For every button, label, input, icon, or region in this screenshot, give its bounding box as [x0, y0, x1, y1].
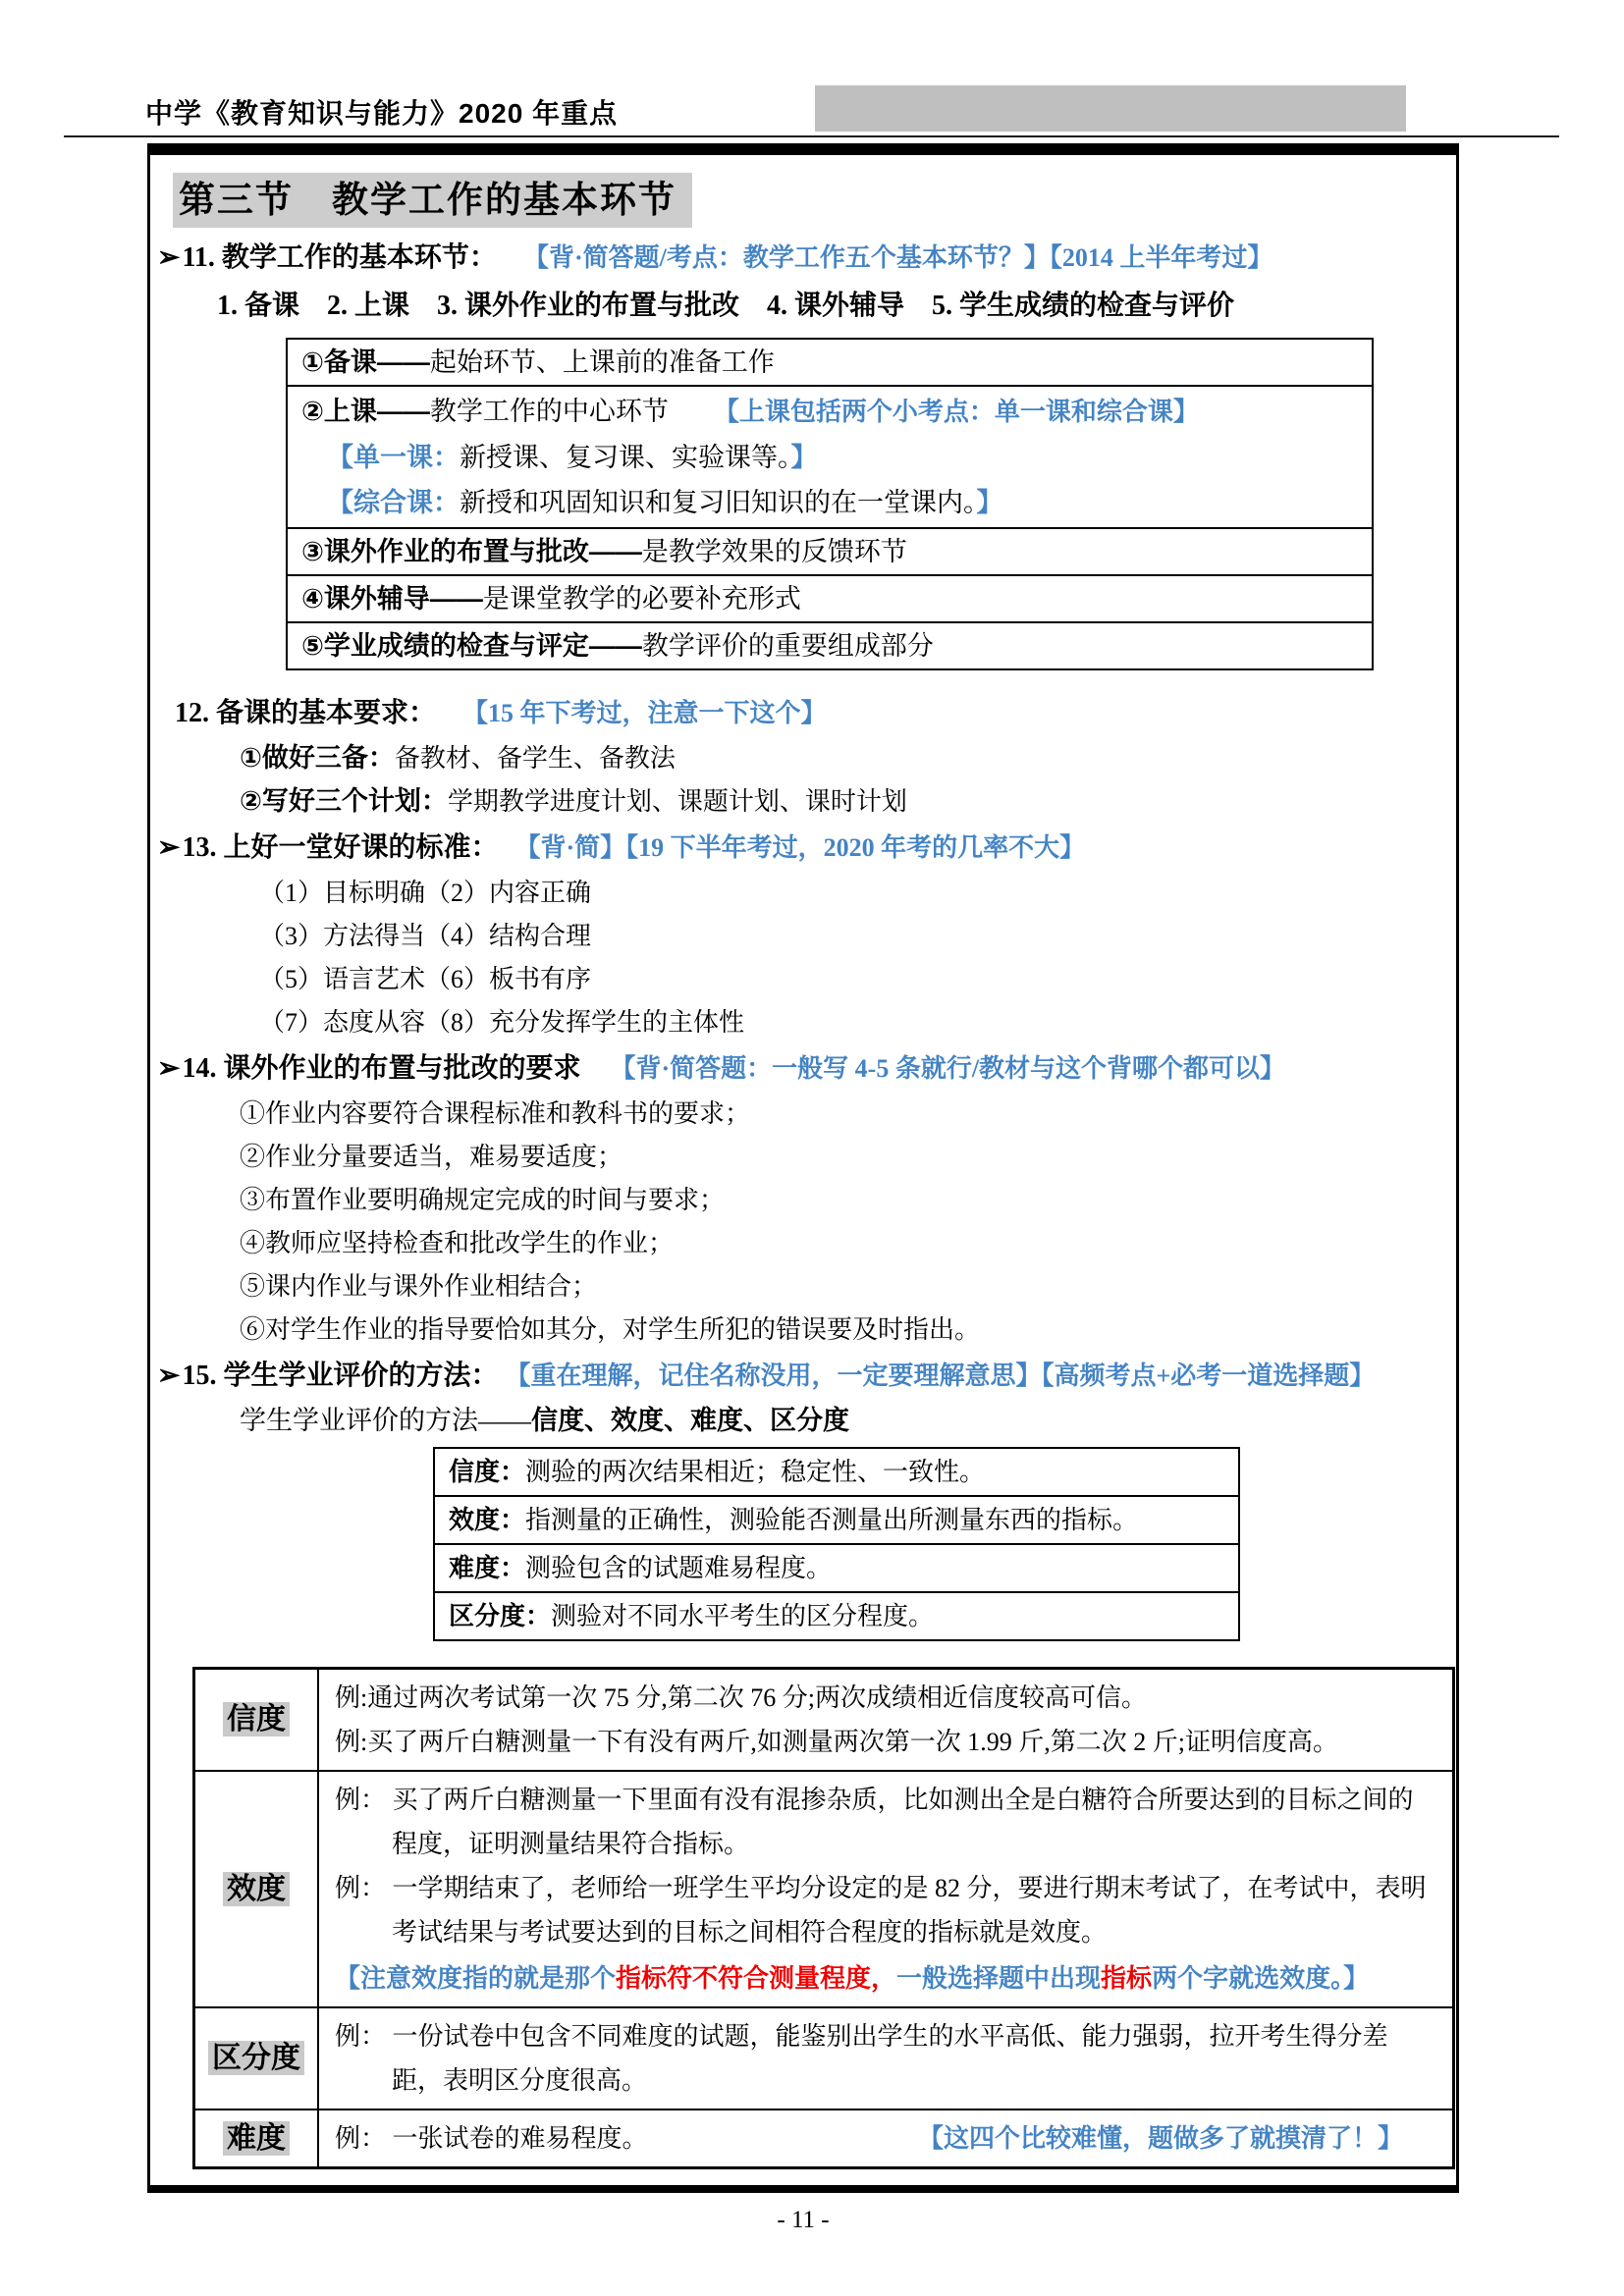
- table-row: 信度 例:通过两次考试第一次 75 分,第二次 76 分;两次成绩相近信度较高可…: [194, 1669, 1454, 1772]
- example-line: 例:通过两次考试第一次 75 分,第二次 76 分;两次成绩相近信度较高可信。: [335, 1676, 1433, 1720]
- line-term: ①做好三备：: [240, 743, 395, 773]
- step-line: ②上课——教学工作的中心环节【上课包括两个小考点：单一课和综合课】: [301, 395, 1362, 429]
- def-text: 测验的两次结果相近；稳定性、一致性。: [525, 1458, 985, 1486]
- step-desc: 是教学效果的反馈环节: [642, 537, 907, 566]
- item-12-heading: 12. 备课的基本要求：【15 年下考过，注意一下这个】: [175, 696, 1456, 731]
- bracket-label: 【综合课：: [327, 488, 460, 517]
- table-row: 区分度：测验对不同水平考生的区分程度。: [434, 1592, 1239, 1640]
- table-row: ③课外作业的布置与批改——是教学效果的反馈环节: [287, 528, 1373, 575]
- note-blue: 一般选择题中出现: [896, 1964, 1101, 1993]
- item-14-line: ⑤课内作业与课外作业相结合；: [240, 1270, 1456, 1303]
- note-red: 指标符不符合测量程度，: [616, 1964, 896, 1993]
- step-desc: 起始环节、上课前的准备工作: [430, 347, 775, 377]
- table-row: 效度：指测量的正确性，测验能否测量出所测量东西的指标。: [434, 1496, 1239, 1544]
- step-desc: 教学评价的重要组成部分: [642, 631, 934, 661]
- line-text: 学期教学进度计划、课题计划、课时计划: [448, 787, 907, 816]
- def-text: 测验包含的试题难易程度。: [525, 1554, 832, 1582]
- item-14-line: ②作业分量要适当，难易要适度；: [240, 1141, 1456, 1173]
- page-number: - 11 -: [147, 2207, 1459, 2234]
- note-red: 指标: [1101, 1964, 1152, 1993]
- item-15-heading-text: 15. 学生学业评价的方法：: [182, 1361, 498, 1391]
- example-line: 例： 一张试卷的难易程度。: [335, 2116, 648, 2161]
- row-label: 区分度: [208, 2041, 304, 2075]
- subline-terms: 信度、效度、难度、区分度: [531, 1406, 849, 1435]
- bracket-close: 】: [791, 443, 818, 472]
- header-gray-block: [815, 85, 1406, 132]
- arrow-bullet: ➢: [157, 1053, 180, 1084]
- bracket-text: 新授和巩固知识和复习旧知识的在一堂课内。: [460, 488, 977, 517]
- arrow-bullet: ➢: [157, 832, 180, 863]
- header-rule: [64, 135, 1559, 137]
- def-text: 测验对不同水平考生的区分程度。: [551, 1602, 934, 1630]
- item-14-line: ①作业内容要符合课程标准和教科书的要求；: [240, 1097, 1456, 1130]
- item-12-exam-note: 【15 年下考过，注意一下这个】: [475, 699, 827, 727]
- document-page: 中学《教育知识与能力》2020 年重点 第三节 教学工作的基本环节 ➢11. 教…: [0, 0, 1624, 2296]
- table-row: ①备课——起始环节、上课前的准备工作: [287, 339, 1373, 386]
- section-title: 第三节 教学工作的基本环节: [173, 173, 692, 228]
- examples-table: 信度 例:通过两次考试第一次 75 分,第二次 76 分;两次成绩相近信度较高可…: [192, 1667, 1455, 2169]
- row-label: 难度: [223, 2121, 290, 2156]
- step-desc: 教学工作的中心环节: [430, 397, 669, 426]
- item-13-exam-note: 【背·简】【19 下半年考过，2020 年考的几率不大】: [527, 833, 1085, 862]
- item-14-heading-text: 14. 课外作业的布置与批改的要求: [182, 1053, 580, 1084]
- item-13-line: （1）目标明确（2）内容正确: [259, 877, 1456, 909]
- item-14-heading: ➢14. 课外作业的布置与批改的要求【背·简答题：一般写 4-5 条就行/教材与…: [157, 1051, 1456, 1087]
- step-desc: 是课堂教学的必要补充形式: [483, 584, 801, 614]
- content-box: 第三节 教学工作的基本环节 ➢11. 教学工作的基本环节：【背·简答题/考点：教…: [147, 143, 1459, 2193]
- def-term: 区分度：: [449, 1601, 551, 1630]
- page-header-title: 中学《教育知识与能力》2020 年重点: [145, 92, 618, 132]
- example-paragraph: 例： 一学期结束了，老师给一班学生平均分设定的是 82 分，要进行期末考试了，在…: [335, 1866, 1433, 1954]
- difficulty-line: 例： 一张试卷的难易程度。 【这四个比较难懂，题做多了就摸清了！】: [335, 2116, 1433, 2161]
- table-row: 难度 例： 一张试卷的难易程度。 【这四个比较难懂，题做多了就摸清了！】: [194, 2109, 1454, 2168]
- table-row: ④课外辅导——是课堂教学的必要补充形式: [287, 575, 1373, 622]
- item-13-line: （3）方法得当（4）结构合理: [259, 920, 1456, 952]
- item-11-heading-text: 11. 教学工作的基本环节：: [182, 242, 496, 273]
- row2-exam-note: 【上课包括两个小考点：单一课和综合课】: [714, 398, 1199, 426]
- example-paragraph: 例： 一份试卷中包含不同难度的试题，能鉴别出学生的水平高低、能力强弱，拉开考生得…: [335, 2014, 1433, 2103]
- bracket-text: 新授课、复习课、实验课等。: [460, 443, 791, 472]
- teaching-steps-table: ①备课——起始环节、上课前的准备工作 ②上课——教学工作的中心环节【上课包括两个…: [286, 338, 1374, 670]
- step-term: ④课外辅导——: [301, 584, 483, 614]
- item-14-exam-note: 【背·简答题：一般写 4-5 条就行/教材与这个背哪个都可以】: [610, 1054, 1285, 1083]
- item-15-heading: ➢15. 学生学业评价的方法：【重在理解，记住名称没用，一定要理解意思】【高频考…: [157, 1359, 1456, 1394]
- item-13-line: （5）语言艺术（6）板书有序: [259, 963, 1456, 995]
- item-13-heading-text: 13. 上好一堂好课的标准：: [182, 832, 498, 863]
- item-12-line-2: ②写好三个计划：学期教学进度计划、课题计划、课时计划: [240, 785, 1456, 818]
- table-row: ②上课——教学工作的中心环节【上课包括两个小考点：单一课和综合课】 【单一课：新…: [287, 386, 1373, 528]
- item-14-line: ④教师应坚持检查和批改学生的作业；: [240, 1227, 1456, 1259]
- combined-lesson-line: 【综合课：新授和巩固知识和复习旧知识的在一堂课内。】: [327, 486, 1362, 519]
- table-row: 难度：测验包含的试题难易程度。: [434, 1544, 1239, 1592]
- item-11-heading: ➢11. 教学工作的基本环节：【背·简答题/考点：教学工作五个基本环节？】【20…: [157, 240, 1456, 276]
- note-blue: 两个字就选效度。】: [1152, 1964, 1369, 1993]
- closing-note: 【这四个比较难懂，题做多了就摸清了！】: [918, 2116, 1403, 2161]
- item-15-exam-note: 【重在理解，记住名称没用，一定要理解意思】【高频考点+必考一道选择题】: [517, 1362, 1375, 1390]
- item-14-line: ⑥对学生作业的指导要恰如其分，对学生所犯的错误要及时指出。: [240, 1313, 1456, 1346]
- validity-warning-note: 【注意效度指的就是那个指标符不符合测量程度，一般选择题中出现指标两个字就选效度。…: [335, 1956, 1433, 2001]
- table-row: ⑤学业成绩的检查与评定——教学评价的重要组成部分: [287, 622, 1373, 669]
- five-steps-line: 1. 备课 2. 上课 3. 课外作业的布置与批改 4. 课外辅导 5. 学生成…: [217, 289, 1456, 324]
- arrow-bullet: ➢: [157, 242, 180, 273]
- evaluation-definition-table: 信度：测验的两次结果相近；稳定性、一致性。 效度：指测量的正确性，测验能否测量出…: [433, 1447, 1240, 1641]
- item-12-heading-text: 12. 备课的基本要求：: [175, 698, 436, 728]
- single-lesson-line: 【单一课：新授课、复习课、实验课等。】: [327, 441, 1362, 474]
- table-row: 效度 例： 买了两斤白糖测量一下里面有没有混掺杂质，比如测出全是白糖符合所要达到…: [194, 1771, 1454, 2007]
- step-term: ③课外作业的布置与批改——: [301, 537, 642, 566]
- def-term: 信度：: [449, 1457, 525, 1486]
- item-13-heading: ➢13. 上好一堂好课的标准：【背·简】【19 下半年考过，2020 年考的几率…: [157, 830, 1456, 866]
- item-12-line-1: ①做好三备：备教材、备学生、备教法: [240, 742, 1456, 774]
- row-label: 信度: [223, 1702, 290, 1736]
- subline-prefix: 学生学业评价的方法——: [240, 1406, 531, 1435]
- arrow-bullet: ➢: [157, 1361, 180, 1391]
- example-paragraph: 例： 买了两斤白糖测量一下里面有没有混掺杂质，比如测出全是白糖符合所要达到的目标…: [335, 1778, 1433, 1866]
- line-term: ②写好三个计划：: [240, 786, 448, 816]
- item-15-subline: 学生学业评价的方法——信度、效度、难度、区分度: [240, 1405, 1456, 1437]
- table-row: 区分度 例： 一份试卷中包含不同难度的试题，能鉴别出学生的水平高低、能力强弱，拉…: [194, 2007, 1454, 2109]
- bracket-label: 【单一课：: [327, 443, 460, 472]
- step-term: ①备课——: [301, 347, 430, 377]
- row-label: 效度: [223, 1872, 290, 1906]
- item-14-line: ③布置作业要明确规定完成的时间与要求；: [240, 1184, 1456, 1216]
- table-row: 信度：测验的两次结果相近；稳定性、一致性。: [434, 1448, 1239, 1496]
- def-term: 效度：: [449, 1505, 525, 1534]
- note-blue: 【注意效度指的就是那个: [335, 1964, 616, 1993]
- item-11-exam-note: 【背·简答题/考点：教学工作五个基本环节？】【2014 上半年考过】: [536, 243, 1272, 272]
- def-text: 指测量的正确性，测验能否测量出所测量东西的指标。: [525, 1506, 1138, 1534]
- step-term: ⑤学业成绩的检查与评定——: [301, 631, 642, 661]
- example-line: 例:买了两斤白糖测量一下有没有两斤,如测量两次第一次 1.99 斤,第二次 2 …: [335, 1720, 1433, 1764]
- step-term: ②上课——: [301, 397, 430, 426]
- bracket-close: 】: [977, 488, 1003, 517]
- line-text: 备教材、备学生、备教法: [395, 744, 676, 773]
- item-13-line: （7）态度从容（8）充分发挥学生的主体性: [259, 1006, 1456, 1039]
- def-term: 难度：: [449, 1553, 525, 1582]
